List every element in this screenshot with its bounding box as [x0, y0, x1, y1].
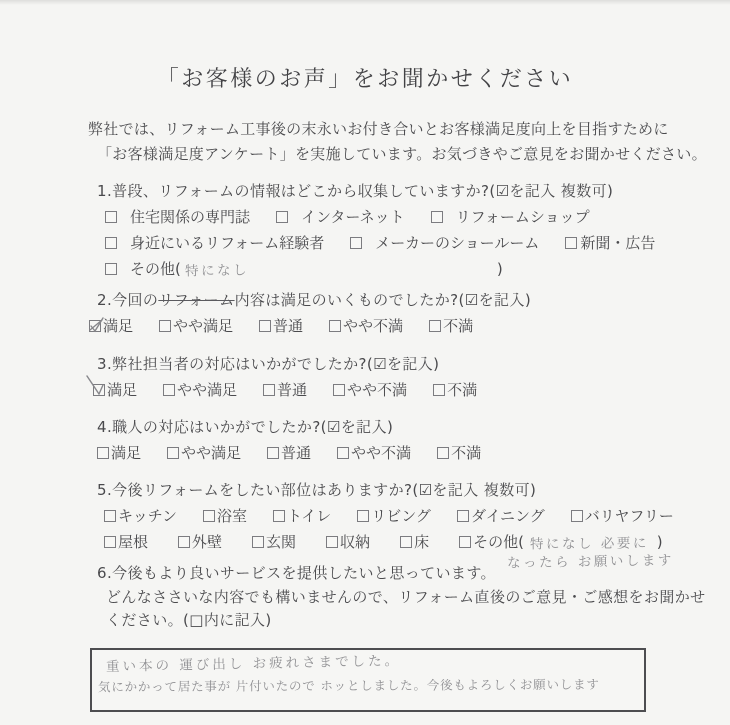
- q3-option-label: 不満: [447, 379, 477, 400]
- q5-option-bathroom: 浴室: [203, 505, 247, 526]
- q4-checkbox-somewhat-dissatisfied: [337, 447, 349, 459]
- q5-checkbox-other: [459, 536, 471, 548]
- q5-option-storage: 収納: [326, 531, 370, 552]
- q5-checkbox-toilet: [273, 510, 285, 522]
- q1-checkbox-reform-shop: [431, 211, 443, 223]
- q1-option-newspaper-ad: 新聞・広告: [565, 232, 655, 253]
- q2-option-label: 普通: [273, 315, 303, 336]
- q5-checkbox-floor: [400, 536, 412, 548]
- q4-option-somewhat-satisfied: やや満足: [167, 442, 241, 463]
- q5-option-roof: 屋根: [104, 531, 148, 552]
- intro-line-1: 弊社では、リフォーム工事後の末永いお付き合いとお客様満足度向上を目指すために: [88, 117, 707, 142]
- comment-box: 重い本の 運び出し お疲れさまでした。 気にかかって居た事が 片付いたので ホッ…: [90, 648, 646, 712]
- q5-options-row-1: キッチン 浴室 トイレ リビング ダイニング バリヤフリー: [104, 505, 674, 526]
- q2-option-neutral: 普通: [259, 315, 303, 336]
- page-title: 「お客様のお声」をお聞かせください: [0, 62, 730, 93]
- q2-heading-pre: 2.今回の: [97, 291, 158, 309]
- question-1: 1.普段、リフォームの情報はどこから収集していますか?(☑を記入 複数可) 住宅…: [97, 180, 655, 279]
- q2-heading: 2.今回のリフォーム内容は満足のいくものでしたか?(☑を記入): [97, 289, 531, 310]
- q5-option-label: リビング: [371, 505, 431, 526]
- q1-option-specialty-magazine: 住宅関係の専門誌: [105, 206, 250, 227]
- q3-options-row: 満足 やや満足 普通 やや不満 不満: [93, 379, 477, 400]
- q5-option-dining: ダイニング: [457, 505, 545, 526]
- q5-option-label: 外壁: [192, 531, 222, 552]
- q2-checkbox-satisfied: [89, 320, 101, 332]
- q1-checkbox-maker-showroom: [350, 237, 362, 249]
- q2-options-row: 満足 やや満足 普通 やや不満 不満: [89, 315, 531, 336]
- q6-line-1: 6.今後もより良いサービスを提供したいと思っています。: [97, 562, 706, 586]
- q2-checkbox-somewhat-satisfied: [159, 320, 171, 332]
- q4-option-label: 普通: [281, 442, 311, 463]
- q1-option-label: その他(: [130, 258, 181, 279]
- q5-option-label: キッチン: [118, 505, 177, 526]
- q1-option-label: 新聞・広告: [580, 232, 655, 253]
- q5-option-label: 浴室: [217, 505, 247, 526]
- q5-option-exterior-wall: 外壁: [178, 531, 222, 552]
- q3-checkbox-somewhat-dissatisfied: [333, 384, 345, 396]
- q1-option-internet: インターネット: [276, 206, 405, 227]
- q5-option-toilet: トイレ: [273, 505, 331, 526]
- q2-option-label: やや不満: [343, 315, 403, 336]
- q5-checkbox-living: [357, 510, 369, 522]
- q4-option-neutral: 普通: [267, 442, 311, 463]
- q3-checkbox-neutral: [263, 384, 275, 396]
- q5-checkbox-kitchen: [104, 510, 116, 522]
- q1-options-row-3: その他( 特になし ): [105, 258, 655, 279]
- q3-checkbox-dissatisfied: [433, 384, 445, 396]
- q5-option-kitchen: キッチン: [104, 505, 177, 526]
- q4-option-label: やや不満: [351, 442, 411, 463]
- q3-option-satisfied: 満足: [93, 379, 137, 400]
- intro-paragraph: 弊社では、リフォーム工事後の末永いお付き合いとお客様満足度向上を目指すために 「…: [88, 117, 707, 167]
- comment-handwritten-line-1: 重い本の 運び出し お疲れさまでした。: [106, 649, 401, 675]
- q2-option-label: 不満: [443, 315, 473, 336]
- q3-checkbox-satisfied: [93, 384, 105, 396]
- q5-checkbox-storage: [326, 536, 338, 548]
- question-3: 3.弊社担当者の対応はいかがでしたか?(☑を記入) 満足 やや満足 普通: [97, 353, 477, 400]
- q2-heading-post: 内容は満足のいくものでしたか?(☑を記入): [235, 291, 532, 309]
- q2-option-somewhat-satisfied: やや満足: [159, 315, 233, 336]
- q1-option-label: リフォームショップ: [456, 206, 590, 227]
- q5-checkbox-barrier-free: [571, 510, 583, 522]
- q2-checkbox-neutral: [259, 320, 271, 332]
- q5-option-barrier-free: バリヤフリー: [571, 505, 674, 526]
- q5-option-entrance: 玄関: [252, 531, 296, 552]
- q1-option-experienced-acquaintance: 身近にいるリフォーム経験者: [105, 232, 324, 253]
- q2-option-label: 満足: [103, 315, 133, 336]
- q4-checkbox-neutral: [267, 447, 279, 459]
- q5-checkbox-exterior-wall: [178, 536, 190, 548]
- q4-checkbox-dissatisfied: [437, 447, 449, 459]
- q3-option-dissatisfied: 不満: [433, 379, 477, 400]
- q4-option-label: やや満足: [181, 442, 241, 463]
- q5-checkbox-roof: [104, 536, 116, 548]
- question-6: 6.今後もより良いサービスを提供したいと思っています。 どんなささいな内容でも構…: [97, 562, 706, 633]
- q4-option-satisfied: 満足: [97, 442, 141, 463]
- q4-options-row: 満足 やや満足 普通 やや不満 不満: [97, 442, 481, 463]
- q3-option-neutral: 普通: [263, 379, 307, 400]
- q1-option-reform-shop: リフォームショップ: [431, 206, 590, 227]
- q3-checkbox-somewhat-satisfied: [163, 384, 175, 396]
- q1-other-handwritten: 特になし: [185, 258, 249, 279]
- scanned-questionnaire: 「お客様のお声」をお聞かせください 弊社では、リフォーム工事後の末永いお付き合い…: [0, 0, 730, 725]
- q5-checkbox-dining: [457, 510, 469, 522]
- q4-checkbox-somewhat-satisfied: [167, 447, 179, 459]
- scan-edge-artifact: [0, 0, 730, 5]
- q1-options-row-2: 身近にいるリフォーム経験者 メーカーのショールーム 新聞・広告: [105, 232, 655, 253]
- handwritten-check-icon: [83, 372, 111, 400]
- q5-option-floor: 床: [400, 531, 429, 552]
- q1-checkbox-specialty-magazine: [105, 211, 117, 223]
- q5-option-living: リビング: [357, 505, 431, 526]
- q5-option-label: 収納: [340, 531, 370, 552]
- q5-option-label: ダイニング: [471, 505, 545, 526]
- q5-option-label: 床: [414, 531, 429, 552]
- q3-option-label: 満足: [107, 379, 137, 400]
- q3-heading: 3.弊社担当者の対応はいかがでしたか?(☑を記入): [97, 353, 477, 374]
- q5-checkbox-entrance: [252, 536, 264, 548]
- q5-option-label: その他(: [473, 531, 524, 552]
- q1-option-other: その他(: [105, 258, 181, 279]
- q5-options-row-2: 屋根 外壁 玄関 収納 床 その他( 特になし 必要に ): [104, 531, 674, 552]
- comment-handwritten-line-2: 気にかかって居た事が 片付いたので ホッとしました。今後もよろしくお願いします: [98, 675, 600, 696]
- q4-option-somewhat-dissatisfied: やや不満: [337, 442, 411, 463]
- q4-option-dissatisfied: 不満: [437, 442, 481, 463]
- q2-heading-strikethrough: リフォーム: [158, 291, 234, 309]
- q5-checkbox-bathroom: [203, 510, 215, 522]
- q1-options-row-1: 住宅関係の専門誌 インターネット リフォームショップ: [105, 206, 655, 227]
- q2-checkbox-somewhat-dissatisfied: [329, 320, 341, 332]
- q1-option-label: 身近にいるリフォーム経験者: [130, 232, 324, 253]
- q1-other-close-paren: ): [497, 260, 503, 278]
- q1-checkbox-other: [105, 263, 117, 275]
- q1-option-label: メーカーのショールーム: [375, 232, 539, 253]
- q1-checkbox-newspaper-ad: [565, 237, 577, 249]
- q1-heading: 1.普段、リフォームの情報はどこから収集していますか?(☑を記入 複数可): [97, 180, 655, 201]
- q3-option-label: 普通: [277, 379, 307, 400]
- question-5: 5.今後リフォームをしたい部位はありますか?(☑を記入 複数可) キッチン 浴室…: [97, 479, 674, 552]
- q4-option-label: 満足: [111, 442, 141, 463]
- q3-option-label: やや不満: [347, 379, 407, 400]
- q5-option-label: 玄関: [266, 531, 296, 552]
- intro-line-2: 「お客様満足度アンケート」を実施しています。お気づきやご意見をお聞かせください。: [88, 142, 707, 167]
- question-2: 2.今回のリフォーム内容は満足のいくものでしたか?(☑を記入) 満足 やや満足 …: [97, 289, 531, 336]
- q3-option-somewhat-dissatisfied: やや不満: [333, 379, 407, 400]
- q4-checkbox-satisfied: [97, 447, 109, 459]
- q2-option-somewhat-dissatisfied: やや不満: [329, 315, 403, 336]
- q5-heading: 5.今後リフォームをしたい部位はありますか?(☑を記入 複数可): [97, 479, 674, 500]
- q6-line-2: どんなささいな内容でも構いませんので、リフォーム直後のご意見・ご感想をお聞かせ: [97, 586, 706, 610]
- q1-checkbox-experienced-acquaintance: [105, 237, 117, 249]
- question-4: 4.職人の対応はいかがでしたか?(☑を記入) 満足 やや満足 普通 やや不満 不…: [97, 416, 481, 463]
- q3-option-somewhat-satisfied: やや満足: [163, 379, 237, 400]
- q1-option-maker-showroom: メーカーのショールーム: [350, 232, 539, 253]
- q2-option-satisfied: 満足: [89, 315, 133, 336]
- q1-checkbox-internet: [276, 211, 288, 223]
- q5-option-label: バリヤフリー: [585, 505, 674, 526]
- q3-option-label: やや満足: [177, 379, 237, 400]
- q2-option-label: やや満足: [173, 315, 233, 336]
- q5-option-label: 屋根: [118, 531, 148, 552]
- handwritten-check-icon: [87, 316, 106, 335]
- q6-line-3: ください。(□内に記入): [97, 609, 706, 633]
- q1-option-label: 住宅関係の専門誌: [130, 206, 250, 227]
- q4-option-label: 不満: [451, 442, 481, 463]
- q5-option-label: トイレ: [287, 505, 331, 526]
- q4-heading: 4.職人の対応はいかがでしたか?(☑を記入): [97, 416, 481, 437]
- q2-option-dissatisfied: 不満: [429, 315, 473, 336]
- q1-option-label: インターネット: [301, 206, 405, 227]
- q2-checkbox-dissatisfied: [429, 320, 441, 332]
